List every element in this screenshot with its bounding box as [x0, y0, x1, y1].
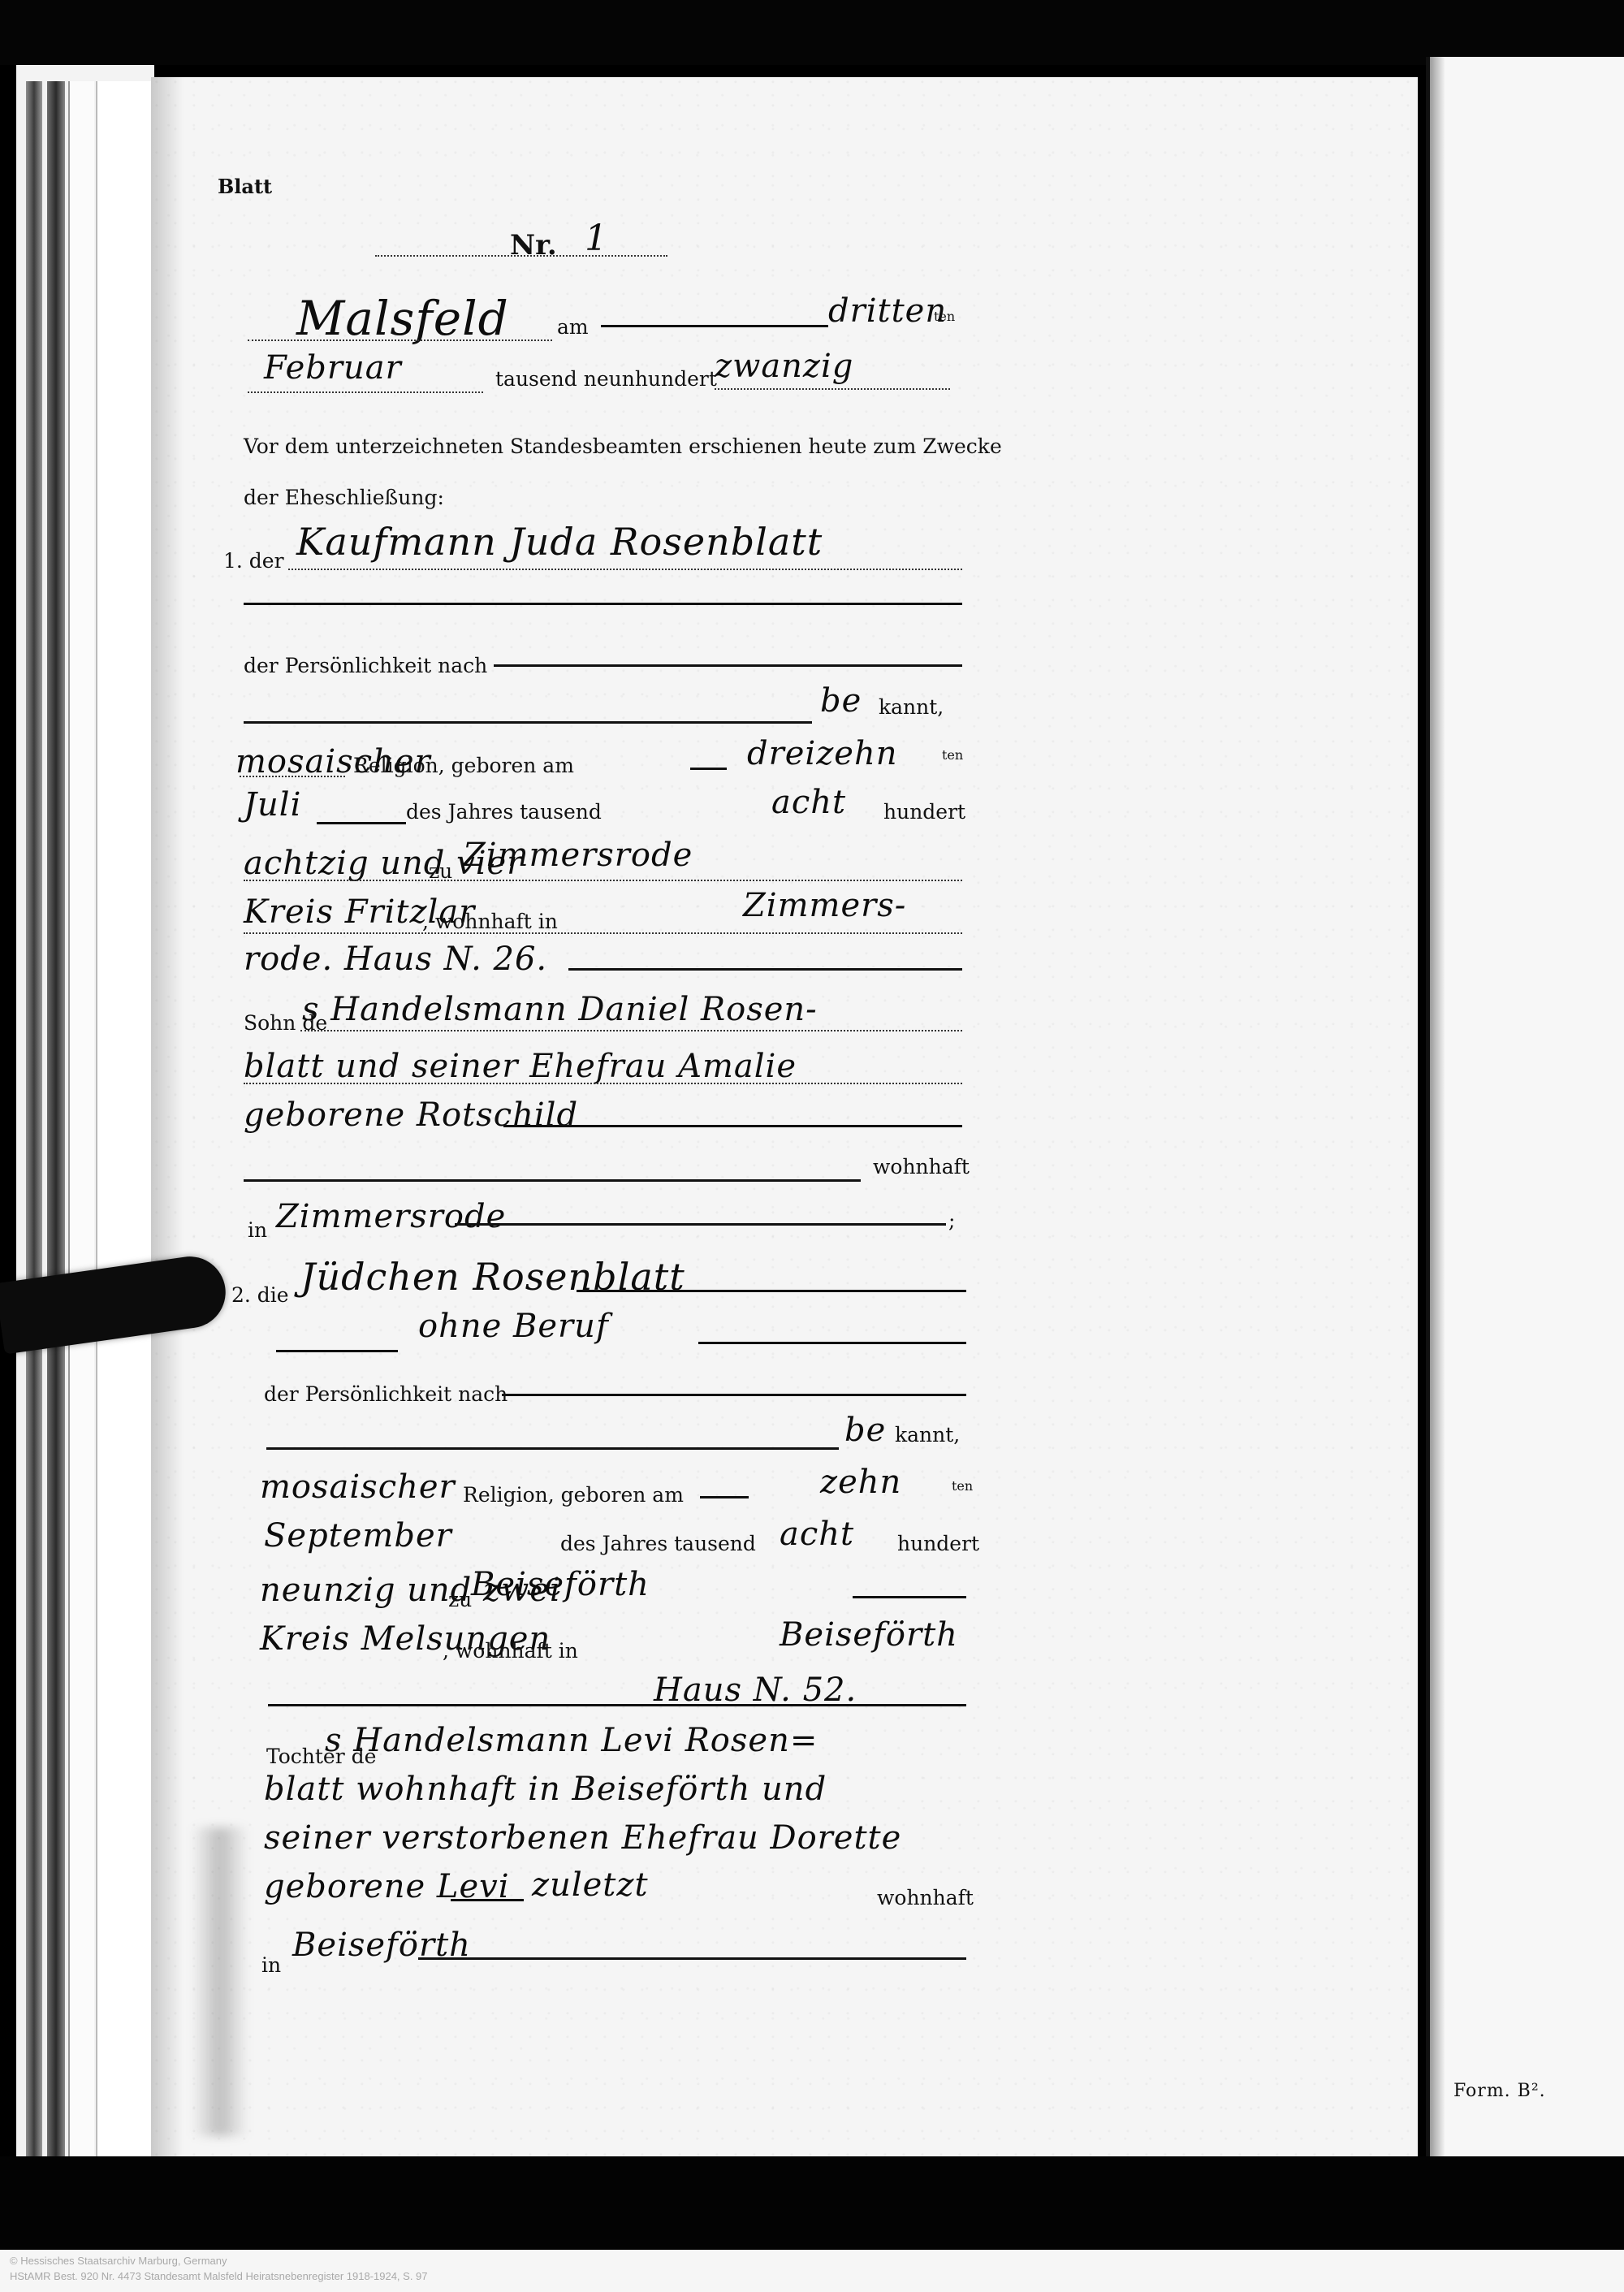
field-line [698, 1342, 966, 1344]
groom-parents-line-3: geborene Rotschild [244, 1096, 578, 1134]
field-line [244, 1083, 962, 1084]
year-printed-label: tausend neunhundert [495, 367, 717, 391]
page-stack-binding [16, 65, 154, 2160]
archive-reference-line: HStAMR Best. 920 Nr. 4473 Standesamt Mal… [10, 2268, 1624, 2284]
month-of-registry: Februar [264, 349, 402, 387]
field-line [451, 1899, 524, 1901]
bride-birth-day: zehn [820, 1464, 901, 1501]
semicolon: ; [948, 1209, 955, 1232]
groom-parents-line-1: s Handelsmann Daniel Rosen- [302, 991, 818, 1028]
binding-strip [26, 81, 42, 2160]
scanned-register-page: Blatt Nr. 1 Malsfeld am dritten ten Febr… [0, 0, 1624, 2292]
in-label: in [261, 1953, 281, 1977]
bride-parents-note: zuletzt [532, 1866, 649, 1904]
groom-parents-residence: Zimmersrode [276, 1198, 506, 1235]
hundert-label: hundert [897, 1532, 979, 1555]
intro-line-1: Vor dem unterzeichneten Standesbeamten e… [244, 435, 1002, 458]
field-line [300, 1030, 962, 1031]
wohnhaft-label: wohnhaft [873, 1155, 970, 1178]
field-line [244, 721, 812, 724]
bride-birthplace: Beiseförth [471, 1566, 650, 1603]
nr-label: Nr. [510, 229, 557, 262]
groom-birth-century: acht [771, 784, 846, 821]
field-line [288, 569, 962, 570]
field-line [577, 1290, 966, 1292]
hundert-label: hundert [883, 800, 965, 824]
ten-suffix: ten [934, 309, 955, 324]
religion-label: Religion, geboren am [463, 1483, 684, 1507]
bride-identity-label: der Persönlichkeit nach [264, 1382, 508, 1406]
binding-strip [96, 81, 154, 2160]
religion-label: Religion, geboren am [353, 754, 574, 777]
scan-bottom-border [0, 2156, 1624, 2250]
residence-label: , wohnhaft in [443, 1639, 578, 1663]
field-line [690, 768, 727, 770]
field-line [568, 968, 962, 971]
field-line [715, 388, 950, 390]
bride-religion: mosaischer [260, 1468, 456, 1506]
field-line [503, 1125, 962, 1127]
binding-strip [47, 81, 65, 2160]
groom-birthplace: Zimmersrode [463, 837, 693, 874]
kannt-label: kannt, [895, 1423, 960, 1447]
bride-birth-month: September [264, 1517, 452, 1555]
field-line [244, 603, 962, 605]
field-line [268, 1704, 966, 1706]
scan-top-border [0, 0, 1624, 65]
field-line [700, 1496, 749, 1498]
page-shadow [192, 1827, 248, 2136]
field-line [494, 664, 962, 667]
bride-residence-1: Beiseförth [780, 1616, 958, 1654]
ten-suffix: ten [942, 747, 963, 763]
bride-parents-line-3: seiner verstorbenen Ehefrau Dorette [264, 1819, 901, 1857]
field-line [276, 1350, 398, 1352]
year-label: des Jahres tausend [406, 800, 602, 824]
bride-birth-century: acht [780, 1516, 854, 1553]
groom-residence-2: rode. Haus N. 26. [244, 941, 547, 978]
bride-parents-line-2: blatt wohnhaft in Beiseförth und [264, 1771, 827, 1808]
kannt-label: kannt, [879, 695, 944, 719]
zu-label: zu [448, 1588, 472, 1611]
groom-birth-day: dreizehn [747, 735, 897, 772]
form-number-label: Form. B². [1453, 2081, 1546, 2101]
ten-suffix: ten [952, 1478, 973, 1494]
groom-parents-line-2: blatt und seiner Ehefrau Amalie [244, 1048, 797, 1085]
field-line [375, 255, 667, 257]
blatt-label: Blatt [218, 175, 272, 198]
groom-name: Kaufmann Juda Rosenblatt [296, 520, 823, 564]
field-line [240, 776, 345, 777]
field-line [248, 391, 483, 393]
bride-index-label: 2. die [231, 1283, 289, 1307]
field-line [244, 932, 962, 934]
bride-identity-value: be [844, 1412, 886, 1449]
in-label: in [248, 1218, 267, 1242]
field-line [418, 1957, 966, 1960]
groom-birth-month: Juli [244, 786, 301, 824]
place-of-registry: Malsfeld [296, 291, 509, 346]
field-line [244, 880, 962, 881]
page-gutter [1430, 57, 1445, 2160]
field-line [248, 339, 552, 341]
bride-occupation: ohne Beruf [418, 1308, 609, 1345]
facing-page [1426, 57, 1624, 2160]
groom-identity-label: der Persönlichkeit nach [244, 654, 487, 677]
wohnhaft-label: wohnhaft [877, 1886, 974, 1909]
year-label: des Jahres tausend [560, 1532, 756, 1555]
field-line [244, 1179, 861, 1182]
field-line [601, 325, 828, 327]
field-line [502, 1394, 966, 1396]
field-line [266, 1447, 839, 1450]
field-line [455, 1223, 946, 1226]
day-of-registry: dritten [828, 292, 947, 330]
binding-strip [68, 81, 94, 2160]
field-line [317, 822, 406, 824]
archive-copyright-footer: © Hessisches Staatsarchiv Marburg, Germa… [0, 2250, 1624, 2292]
groom-index-label: 1. der [223, 549, 284, 573]
page-shadow [151, 77, 184, 2169]
intro-line-2: der Eheschließung: [244, 486, 444, 509]
bride-parents-line-1: s Handelsmann Levi Rosen= [325, 1722, 818, 1759]
groom-identity-value: be [820, 682, 862, 720]
copyright-line: © Hessisches Staatsarchiv Marburg, Germa… [10, 2253, 1624, 2268]
year-of-registry: zwanzig [715, 348, 853, 385]
field-line [853, 1596, 966, 1598]
groom-residence-1: Zimmers- [743, 887, 906, 924]
entry-number: 1 [585, 218, 608, 259]
residence-label: , wohnhaft in [422, 910, 558, 933]
am-label: am [557, 315, 589, 339]
